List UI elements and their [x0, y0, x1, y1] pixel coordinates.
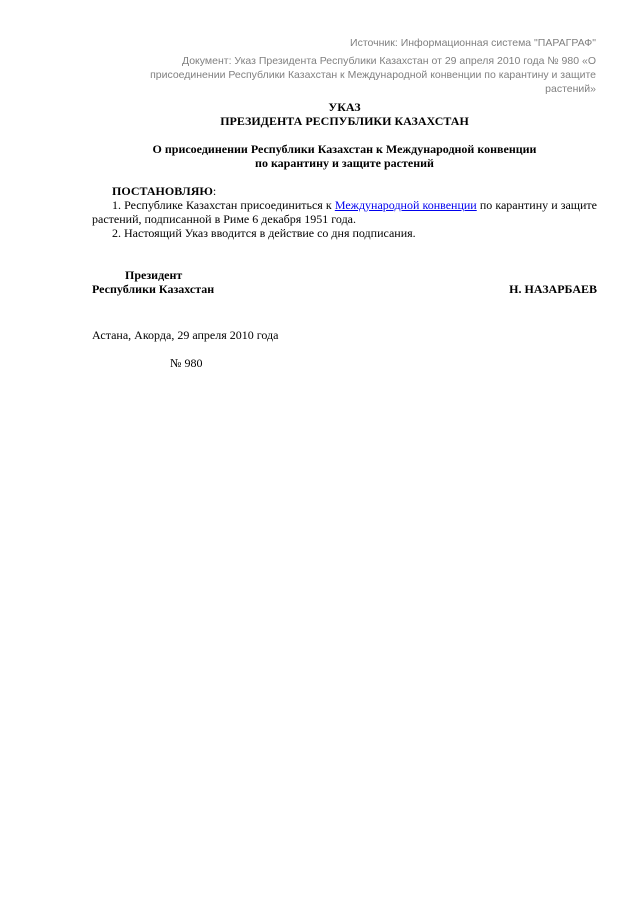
subtitle-line-1: О присоединении Республики Казахстан к М…	[92, 142, 597, 156]
decree-number: № 980	[92, 356, 597, 370]
signature-title-line-2: Республики Казахстан	[92, 282, 214, 296]
document-reference-line-3: растений»	[126, 82, 596, 96]
convention-link[interactable]: Международной конвенции	[335, 198, 477, 212]
signature-title-line-1: Президент	[125, 268, 182, 282]
signature-block: Президент Республики Казахстан Н. НАЗАРБ…	[92, 268, 597, 296]
document-subtitle: О присоединении Республики Казахстан к М…	[92, 142, 597, 170]
title-line-2: ПРЕЗИДЕНТА РЕСПУБЛИКИ КАЗАХСТАН	[92, 114, 597, 128]
decree-colon: :	[213, 184, 216, 198]
subtitle-line-2: по карантину и защите растений	[92, 156, 597, 170]
paragraph-1: 1. Республике Казахстан присоединиться к…	[92, 198, 597, 226]
source-header: Источник: Информационная система "ПАРАГР…	[126, 36, 596, 96]
signatory-name: Н. НАЗАРБАЕВ	[509, 282, 597, 296]
document-content: УКАЗ ПРЕЗИДЕНТА РЕСПУБЛИКИ КАЗАХСТАН О п…	[92, 100, 597, 370]
source-line: Источник: Информационная система "ПАРАГР…	[126, 36, 596, 50]
document-reference-line-2: присоединении Республики Казахстан к Меж…	[126, 68, 596, 82]
document-page: Источник: Информационная система "ПАРАГР…	[0, 0, 640, 905]
place-and-date: Астана, Акорда, 29 апреля 2010 года	[92, 328, 597, 342]
decree-word: ПОСТАНОВЛЯЮ	[112, 184, 213, 198]
document-title: УКАЗ ПРЕЗИДЕНТА РЕСПУБЛИКИ КАЗАХСТАН	[92, 100, 597, 128]
document-reference-line-1: Документ: Указ Президента Республики Каз…	[126, 54, 596, 68]
paragraph-2: 2. Настоящий Указ вводится в действие со…	[92, 226, 597, 240]
title-line-1: УКАЗ	[92, 100, 597, 114]
decree-heading: ПОСТАНОВЛЯЮ:	[92, 184, 597, 198]
paragraph-1-before-link: 1. Республике Казахстан присоединиться к	[112, 198, 335, 212]
